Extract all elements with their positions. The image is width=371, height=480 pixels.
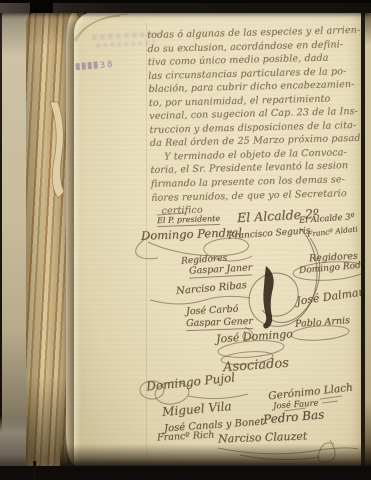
book-cover-edge: [2, 10, 29, 468]
top-black-notch: [30, 0, 53, 13]
page-bottom-shadow: [60, 444, 371, 468]
president-role-label: El P. presidente: [157, 214, 220, 227]
signature-gener: Gaspar Gener: [186, 316, 253, 331]
manuscript-text-block: todas ó algunas de las especies y el arr…: [147, 24, 371, 219]
top-edge-line: [0, 0, 371, 3]
bottom-dark-band: [0, 466, 371, 480]
facing-page-edge: [365, 8, 371, 470]
book-photograph: 38 todas ó algunas de las especies y el …: [0, 0, 371, 480]
